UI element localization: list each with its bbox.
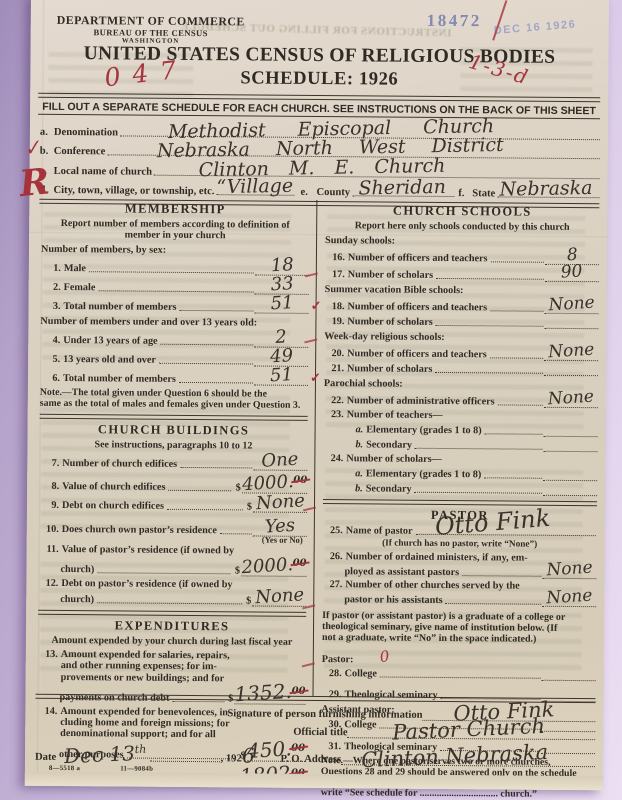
question-row-4: 4. Under 13 years of age 2: [40, 331, 308, 348]
city-value: “Village: [216, 175, 293, 198]
pastor-note: for one of the churches; on the schedule…: [321, 777, 595, 790]
question-row-26-cont: ployed as assistant pastors None: [322, 563, 596, 579]
left-column: MEMBERSHIP Report number of members acco…: [36, 198, 318, 696]
answer-field: [544, 425, 598, 437]
dotted-leader: [462, 575, 541, 577]
dotted-leader: [179, 382, 253, 384]
question-row-8: 8. Value of church edifices $ 4000.00: [39, 473, 307, 494]
question-number: 19.: [324, 316, 344, 327]
expenditures-subtitle: Amount expended by your church during la…: [38, 635, 306, 648]
question-number: 23.: [324, 409, 344, 420]
question-row-22: 22. Number of administrative officers No…: [324, 392, 598, 408]
question-row-23: 23. Number of teachers—: [324, 409, 598, 422]
printed-year-prefix: , 192: [221, 753, 242, 764]
expenditures-heading: EXPENDITURES: [38, 618, 306, 635]
right-column: CHURCH SCHOOLS Report here only schools …: [314, 200, 600, 698]
question-row-27-cont: pastor or his assistants None: [322, 591, 596, 607]
question-label: Total number of members: [63, 373, 176, 385]
field-key: e.: [300, 187, 316, 198]
section-divider: [323, 499, 597, 506]
question-label: Number of scholars—: [346, 453, 442, 465]
question-label: Value of church edifices: [62, 481, 165, 493]
question-row-7: 7. Number of church edifices One: [39, 454, 307, 471]
signature-block: Signature of person furnishing informati…: [35, 694, 596, 776]
section-divider: [38, 610, 306, 617]
group-label: Number of members under and over 13 year…: [40, 316, 308, 329]
answer-field: None: [542, 565, 596, 579]
answer-field: None: [544, 394, 598, 408]
membership-subtitle: Report number of members according to de…: [41, 218, 309, 242]
question-row-11-cont: church) $ 2000.00: [38, 556, 306, 577]
question-label: Number of scholars: [347, 363, 432, 375]
answer-field: 51✓: [254, 370, 308, 385]
question-label: Debt on church edifices: [62, 500, 164, 512]
answer-value: None: [548, 345, 595, 359]
question-row-12-cont: church) $ None: [38, 590, 306, 607]
signature-label: Signature of person furnishing informati…: [227, 708, 422, 721]
answer-value: None: [255, 589, 304, 603]
question-number: 16.: [325, 252, 345, 263]
question-label: Name of pastor: [346, 525, 413, 537]
form-code: 11—9084b: [120, 765, 153, 772]
question-number: 17.: [325, 269, 345, 280]
question-label: church): [60, 594, 94, 605]
answer-field: One: [253, 456, 307, 471]
field-key: a.: [40, 126, 54, 137]
field-label: Denomination: [54, 126, 118, 138]
membership-heading: MEMBERSHIP: [41, 201, 309, 218]
question-row-5: 5. 13 years old and over 49: [40, 350, 308, 367]
dotted-leader: [168, 490, 231, 491]
question-label: Secondary: [366, 439, 412, 450]
cents-superscript: 00: [293, 558, 307, 569]
question-number: 21.: [324, 363, 344, 374]
dotted-leader: [446, 603, 542, 605]
po-address-field: Clinton Nebraska: [341, 764, 595, 767]
question-label: Number of administrative officers: [347, 395, 495, 407]
field-label: City, town, village, or township, etc.: [53, 185, 214, 197]
question-label: Number of scholars: [348, 269, 433, 281]
dollar-sign: $: [246, 596, 251, 607]
answer-value: 8: [566, 250, 577, 262]
dotted-leader: [436, 325, 544, 327]
red-letter-r-mark: R: [18, 160, 52, 205]
answer-field: None: [544, 347, 598, 361]
answer-field: [542, 669, 596, 681]
question-row-23a: a. Elementary (grades 1 to 8): [356, 423, 598, 437]
dotted-leader: [490, 261, 543, 262]
question-row-20: 20. Number of officers and teachers None: [324, 345, 598, 361]
dotted-leader: [415, 492, 543, 494]
question-label: College: [345, 668, 377, 679]
dotted-leader: [97, 572, 231, 574]
received-stamp-number: 18472: [427, 11, 482, 31]
question-label: Number of other churches served by the: [345, 579, 519, 591]
question-number: 3.: [41, 301, 61, 312]
answer-value: 4000.: [241, 476, 293, 490]
received-date-stamp: DEC 16 1926: [493, 18, 576, 37]
pastor-label-row: Pastor: 0: [322, 647, 596, 667]
answer-value: 90: [561, 266, 583, 278]
question-number: 10.: [39, 524, 59, 535]
question-number: 8.: [39, 481, 59, 492]
question-number: 13.: [38, 649, 58, 660]
answer-value: None: [548, 298, 595, 312]
city-field: “Village: [217, 194, 295, 196]
question-number: 15.: [37, 774, 57, 785]
group-label: Number of members, by sex:: [41, 244, 309, 257]
field-label: State: [472, 188, 495, 199]
question-number: 12.: [38, 578, 58, 589]
question-number: 1.: [41, 263, 61, 274]
answer-value: None: [546, 591, 593, 605]
graduate-note: not a graduate, write “No” in the space …: [322, 632, 596, 645]
question-label: Number of officers and teachers: [347, 348, 487, 360]
sub-key: a.: [356, 424, 364, 435]
form-paper: INSTRUCTIONS FOR FILLING OUT SCHEDULE DE…: [25, 0, 609, 790]
buildings-heading: CHURCH BUILDINGS: [40, 422, 308, 439]
question-number: 25.: [323, 525, 343, 536]
question-label: Number of officers and teachers: [348, 252, 488, 264]
question-number: 26.: [323, 551, 343, 562]
question-number: 27.: [322, 579, 342, 590]
dollar-sign: $: [236, 483, 241, 494]
date-handwritten: Dec 13th: [64, 741, 147, 769]
dotted-leader: [435, 372, 543, 374]
question-label: Debt on pastor’s residence (if owned by: [61, 578, 232, 590]
question-number: 7.: [39, 458, 59, 469]
pastor-label: Pastor:: [322, 654, 354, 665]
dotted-leader: [484, 477, 542, 478]
question-label: Number of teachers—: [347, 409, 443, 421]
answer-field: None: [252, 592, 306, 607]
cents-superscript: 00: [293, 475, 307, 486]
answer-field: Yes: [253, 522, 307, 537]
date-value: Dec 13: [64, 741, 136, 768]
question-number: 5.: [40, 354, 60, 365]
question-label: Does church own pastor’s residence: [62, 524, 217, 536]
question-row-24a: a. Elementary (grades 1 to 8): [355, 467, 597, 481]
po-address-label: P. O. Address: [280, 754, 341, 765]
official-title-field: Pastor Church: [348, 737, 596, 740]
date-and-address-row: Date Dec 13th , 192 6 P. O. Address Clin…: [35, 742, 595, 767]
dotted-leader: [150, 761, 220, 763]
answer-field: [543, 469, 597, 481]
section-divider: [40, 414, 308, 421]
date-label: Date: [35, 752, 56, 763]
question-row-9: 9. Debt on church edifices $ None: [39, 496, 307, 513]
dotted-leader: [485, 433, 543, 434]
state-field: Nebraska: [497, 196, 599, 198]
question-row-16: 16. Number of officers and teachers 8: [325, 249, 599, 265]
field-label: Local name of church: [54, 165, 152, 177]
location-row: d. City, town, village, or township, etc…: [39, 176, 599, 200]
answer-field: 90: [545, 268, 599, 282]
answer-field: [543, 484, 597, 496]
answer-value: Yes: [264, 520, 295, 533]
question-label: Value of pastor’s residence (if owned by: [62, 544, 235, 556]
question-row-19: 19. Number of scholars: [324, 315, 598, 329]
question-row-23b: b. Secondary: [355, 438, 597, 452]
question-label: Number of scholars: [347, 316, 432, 328]
question-label: Elementary (grades 1 to 8): [366, 468, 482, 480]
question-row-28: 28. College: [322, 667, 596, 681]
question-label: Female: [64, 282, 96, 293]
answer-value: 2000.: [241, 559, 293, 573]
dotted-leader: [89, 271, 254, 273]
question-label: Number of ordained ministers, if any, em…: [346, 551, 528, 563]
answer-field: None: [542, 593, 596, 607]
question-row-6: 6. Total number of members 51✓: [40, 369, 308, 386]
question-row-21: 21. Number of scholars: [324, 362, 598, 376]
question-row-2: 2. Female 33: [41, 278, 309, 295]
answer-field: [544, 364, 598, 376]
question-label: church): [60, 564, 94, 575]
dotted-leader: [490, 357, 543, 358]
county-field: Sheridan: [352, 195, 454, 197]
dotted-leader: [436, 278, 544, 280]
dotted-leader: [179, 310, 253, 312]
question-row-10: 10. Does church own pastor’s residence Y…: [39, 520, 307, 537]
state-value: Nebraska: [499, 177, 592, 201]
schools-subtitle: Report here only schools conducted by th…: [325, 220, 599, 233]
agency-block: DEPARTMENT OF COMMERCE BUREAU OF THE CEN…: [57, 14, 245, 47]
sub-key: a.: [355, 468, 363, 479]
question-row-18: 18. Number of officers and teachers None: [325, 298, 599, 314]
group-label: Sunday schools:: [325, 235, 599, 248]
instruction-banner: FILL OUT A SEPARATE SCHEDULE FOR EACH CH…: [38, 93, 600, 119]
dotted-leader: [490, 310, 543, 311]
question-label: Secondary: [366, 483, 412, 494]
dotted-leader: [98, 290, 253, 292]
year-digit-value: 6: [241, 743, 255, 768]
question-number: 20.: [324, 348, 344, 359]
answer-field: [543, 440, 597, 452]
question-number: 9.: [39, 500, 59, 511]
official-title-row: Official title Pastor Church: [35, 725, 595, 740]
question-label: ployed as assistant pastors: [344, 566, 459, 578]
answer-value: None: [546, 563, 593, 577]
answer-value: 33: [270, 278, 294, 290]
dotted-leader: [180, 467, 252, 469]
date-ordinal: th: [135, 743, 147, 756]
answer-field: None: [545, 300, 599, 314]
membership-note: same as the total of males and females g…: [40, 398, 308, 411]
pastor-note: write “See schedule for ................…: [321, 788, 595, 800]
question-label: Elementary (grades 1 to 8): [366, 424, 482, 436]
question-number: 11.: [39, 544, 59, 555]
dollar-sign: $: [247, 502, 252, 513]
question-number: 24.: [323, 453, 343, 464]
field-key: f.: [458, 188, 472, 199]
question-number: 22.: [324, 395, 344, 406]
question-row-1: 1. Male 18: [41, 259, 309, 276]
question-label: Total number of members: [64, 301, 177, 313]
scanned-census-form-page: INSTRUCTIONS FOR FILLING OUT SCHEDULE DE…: [0, 0, 622, 800]
question-label: Under 13 years of age: [63, 335, 157, 347]
sub-key: b.: [355, 439, 363, 450]
dotted-leader: [97, 602, 242, 604]
red-zero-mark: 0: [378, 647, 390, 666]
dollar-sign: $: [235, 566, 240, 577]
form-edition-codes: 8—5518 a 11—9084b: [49, 765, 595, 776]
sub-key: b.: [355, 483, 363, 494]
dotted-leader: [498, 404, 543, 405]
question-label: Male: [64, 263, 86, 274]
question-label: Number of officers and teachers: [348, 301, 488, 313]
question-label: pastor or his assistants: [344, 594, 443, 606]
question-label: 13 years old and over: [63, 354, 156, 366]
dollar-sign: $: [234, 775, 239, 786]
field-label: County: [316, 187, 350, 198]
schools-heading: CHURCH SCHOOLS: [325, 203, 599, 220]
answer-value: One: [262, 454, 300, 467]
answer-value: 51: [269, 369, 293, 381]
answer-field: [544, 317, 598, 329]
question-row-17: 17. Number of scholars 90: [325, 266, 599, 282]
answer-field: 51✓: [255, 298, 309, 313]
answer-value: 49: [269, 350, 293, 362]
question-label: Number of church edifices: [62, 458, 177, 470]
answer-value: 18: [270, 259, 294, 271]
dotted-leader: [167, 509, 243, 511]
answer-field: 2000.00: [241, 558, 307, 578]
dotted-leader: [197, 783, 230, 784]
dotted-leader: [159, 363, 253, 365]
question-label: Total expenditures during year: [60, 774, 195, 786]
question-number: 4.: [40, 335, 60, 346]
question-number: 2.: [41, 282, 61, 293]
subtitle-line: member in your church: [41, 229, 309, 242]
question-number: 28.: [322, 668, 342, 679]
identity-section: a. Denomination Methodist Episcopal Chur…: [39, 118, 600, 208]
dotted-leader: [380, 676, 541, 678]
official-title-label: Official title: [293, 727, 348, 738]
answer-value: None: [547, 392, 594, 406]
question-row-24: 24. Number of scholars—: [323, 453, 597, 466]
answer-value: 2: [275, 331, 287, 343]
no-pastor-hint: (If church has no pastor, write “None”): [323, 538, 597, 550]
field-label: Conference: [54, 146, 106, 157]
dotted-leader: [415, 448, 543, 450]
po-address-value: Clinton Nebraska: [361, 740, 549, 772]
answer-value: None: [255, 495, 304, 509]
dotted-leader: [161, 344, 254, 346]
question-row-3: 3. Total number of members 51✓: [41, 297, 309, 314]
question-row-24b: b. Secondary: [355, 482, 597, 496]
question-number: 18.: [325, 301, 345, 312]
answer-field: None: [253, 498, 307, 513]
answer-value: 51: [270, 297, 294, 309]
county-value: Sheridan: [358, 176, 446, 200]
question-number: 6.: [40, 373, 60, 384]
